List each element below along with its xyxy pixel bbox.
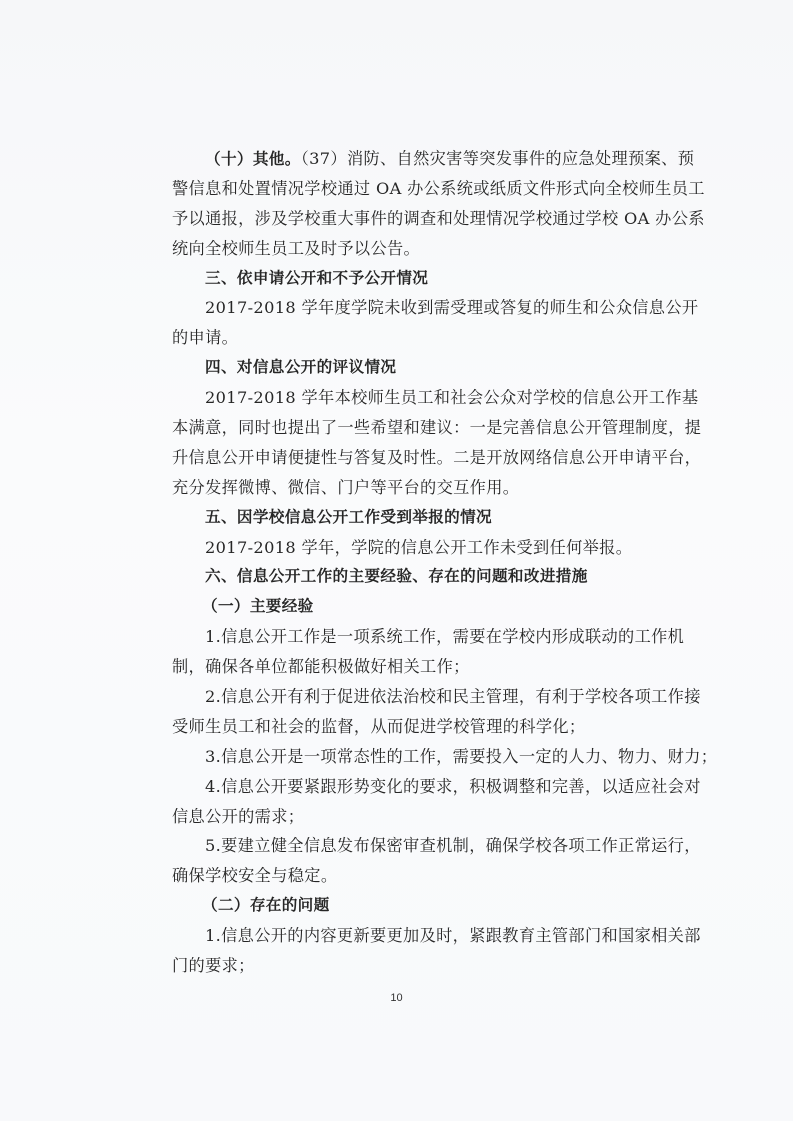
section-3-line-1: 2017-2018 学年度学院未收到需受理或答复的师生和公众信息公开 [172,293,644,323]
section-4-heading: 四、对信息公开的评议情况 [172,353,644,383]
section-3-heading: 三、依申请公开和不予公开情况 [172,264,644,294]
paragraph-other-line-3: 予以通报，涉及学校重大事件的调查和处理情况学校通过学校 OA 办公系 [172,204,644,234]
experience-item-5-line-1: 5.要建立健全信息发布保密审查机制，确保学校各项工作正常运行， [172,831,644,861]
section-5-heading: 五、因学校信息公开工作受到举报的情况 [172,503,644,533]
section-3-line-2: 的申请。 [172,323,644,353]
heading-other: （十）其他。 [205,150,301,168]
section-4-line-3: 升信息公开申请便捷性与答复及时性。二是开放网络信息公开申请平台， [172,443,644,473]
section-4-line-1: 2017-2018 学年本校师生员工和社会公众对学校的信息公开工作基 [172,383,644,413]
experience-item-3-line-1: 3.信息公开是一项常态性的工作，需要投入一定的人力、物力、财力； [172,742,644,772]
experience-item-1-line-2: 制，确保各单位都能积极做好相关工作； [172,652,644,682]
subsection-experience-heading: （一）主要经验 [172,592,644,622]
subsection-problems-heading: （二）存在的问题 [172,891,644,921]
paragraph-other-line-4: 统向全校师生员工及时予以公告。 [172,234,644,264]
experience-item-1-line-1: 1.信息公开工作是一项系统工作，需要在学校内形成联动的工作机 [172,622,644,652]
section-6-heading: 六、信息公开工作的主要经验、存在的问题和改进措施 [172,562,644,592]
experience-item-4-line-1: 4.信息公开要紧跟形势变化的要求，积极调整和完善，以适应社会对 [172,772,644,802]
page-number: 10 [0,992,793,1004]
problem-item-1-line-1: 1.信息公开的内容更新要更加及时，紧跟教育主管部门和国家相关部 [172,921,644,951]
experience-item-4-line-2: 信息公开的需求； [172,802,644,832]
paragraph-other-line-1: （十）其他。（37）消防、自然灾害等突发事件的应急处理预案、预 [172,144,644,174]
paragraph-other-line-2: 警信息和处置情况学校通过 OA 办公系统或纸质文件形式向全校师生员工 [172,174,644,204]
section-5-line-1: 2017-2018 学年，学院的信息公开工作未受到任何举报。 [172,533,644,563]
experience-item-2-line-1: 2.信息公开有利于促进依法治校和民主管理，有利于学校各项工作接 [172,682,644,712]
section-4-line-4: 充分发挥微博、微信、门户等平台的交互作用。 [172,473,644,503]
page-body: （十）其他。（37）消防、自然灾害等突发事件的应急处理预案、预 警信息和处置情况… [172,144,644,981]
problem-item-1-line-2: 门的要求； [172,951,644,981]
document-page: （十）其他。（37）消防、自然灾害等突发事件的应急处理预案、预 警信息和处置情况… [0,0,793,1121]
experience-item-5-line-2: 确保学校安全与稳定。 [172,861,644,891]
section-4-line-2: 本满意，同时也提出了一些希望和建议：一是完善信息公开管理制度，提 [172,413,644,443]
experience-item-2-line-2: 受师生员工和社会的监督，从而促进学校管理的科学化； [172,712,644,742]
